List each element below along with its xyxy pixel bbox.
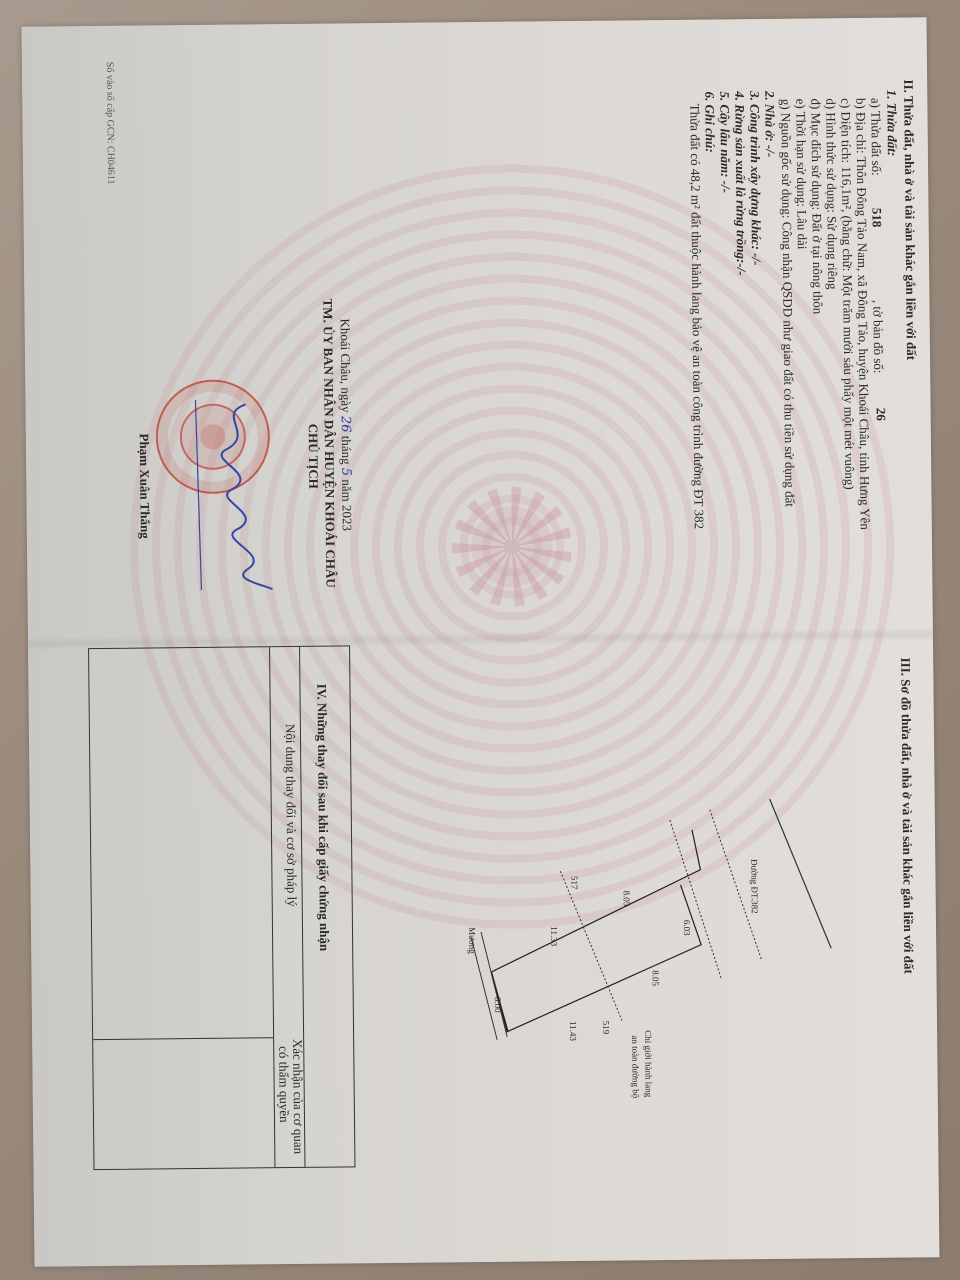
column-header-content: Nội dung thay đổi và cơ sở pháp lý bbox=[284, 724, 299, 907]
parcel-heading: 1. Thửa đất: bbox=[885, 90, 899, 157]
edge-length-bottom: 8.05 bbox=[650, 970, 659, 986]
parcel-number-label: a) Thửa đất số: bbox=[869, 98, 883, 176]
land-use-certificate-page: Sổ vào sổ cấp GCN: CH04611 II. Thửa đất,… bbox=[22, 17, 940, 1266]
section-ii-title: II. Thửa đất, nhà ở và tài sản khác gắn … bbox=[902, 79, 918, 360]
neighbor-parcel-519: 519 bbox=[601, 1021, 610, 1035]
road-label: Đường ĐT.382 bbox=[749, 859, 759, 914]
usage-term-line: e) Thời hạn sử dụng: Lâu dài bbox=[794, 99, 809, 250]
parcel-number-line: a) Thửa đất số: 518 , tờ bản đồ số: 26 bbox=[22, 17, 927, 26]
note-text: Thửa đất có 48,2 m² đất thuộc hành lang … bbox=[688, 104, 705, 529]
edge-length-canal-side: 6.00 bbox=[493, 997, 502, 1013]
area-line: c) Diện tích: 116,1m², (bằng chữ: Một tr… bbox=[839, 98, 856, 490]
boundary-note-line2: an toàn đường bộ bbox=[630, 1035, 640, 1098]
section-iii-title: III. Sơ đồ thửa đất, nhà ở và tài sản kh… bbox=[899, 657, 915, 973]
canal-label: Mương bbox=[467, 927, 476, 954]
drum-star-emblem bbox=[451, 486, 572, 607]
section-iv-title: IV. Những thay đổi sau khi cấp giấy chứn… bbox=[315, 684, 331, 952]
edge-length-north-side: 11.33 bbox=[549, 926, 558, 946]
map-sheet-number: 26 bbox=[875, 408, 888, 421]
perennial-trees-line: 5. Cây lâu năm: -/- bbox=[718, 91, 732, 193]
house-line: 2. Nhà ở: -/- bbox=[763, 91, 777, 157]
place-date-prefix: Khoái Châu, ngày bbox=[338, 318, 354, 412]
column-header-confirm-line1: Xác nhận của cơ quan bbox=[291, 1039, 305, 1154]
edge-length-south-side: 11.43 bbox=[568, 1021, 577, 1041]
signature-block: Khoái Châu, ngày 26 tháng 5 năm 2023 TM.… bbox=[22, 17, 927, 26]
boundary-note-line1: Chỉ giới hành lang bbox=[643, 1030, 653, 1097]
edge-length-top: 8.05 bbox=[622, 890, 631, 906]
handwritten-signature bbox=[175, 394, 287, 595]
other-construction-line: 3. Công trình xây dựng khác: -/- bbox=[748, 91, 763, 265]
column-header-confirm-line2: có thẩm quyền bbox=[277, 1046, 291, 1123]
parcel-number: 518 bbox=[870, 208, 883, 228]
date-month: 5 bbox=[338, 468, 353, 476]
signer-name: Phạm Xuân Thắng bbox=[138, 433, 152, 538]
place-date-line: Khoái Châu, ngày 26 tháng 5 năm 2023 bbox=[338, 318, 354, 531]
register-note: Sổ vào sổ cấp GCN: CH04611 bbox=[104, 62, 115, 185]
month-label: tháng bbox=[339, 436, 354, 465]
usage-purpose-line: đ) Mục đích sử dụng: Đất ở tại nông thôn bbox=[809, 98, 824, 314]
edge-length-road-side: 6.03 bbox=[682, 920, 691, 936]
issuing-authority: TM. ỦY BAN NHÂN DÂN HUYỆN KHOÁI CHÂU bbox=[321, 299, 337, 588]
year-label: năm 2023 bbox=[339, 479, 355, 531]
usage-form-line: d) Hình thức sử dụng: Sử dụng riêng bbox=[824, 98, 839, 289]
production-forest-line: 4. Rừng sản xuất là rừng trồng:-/- bbox=[733, 91, 748, 275]
notes-heading: 6. Ghi chú: bbox=[703, 92, 717, 153]
map-sheet-label: , tờ bản đồ số: bbox=[871, 300, 885, 374]
date-day: 26 bbox=[338, 416, 353, 433]
neighbor-parcel-517: 517 bbox=[569, 876, 578, 890]
signer-position: CHỦ TỊCH bbox=[307, 424, 321, 489]
